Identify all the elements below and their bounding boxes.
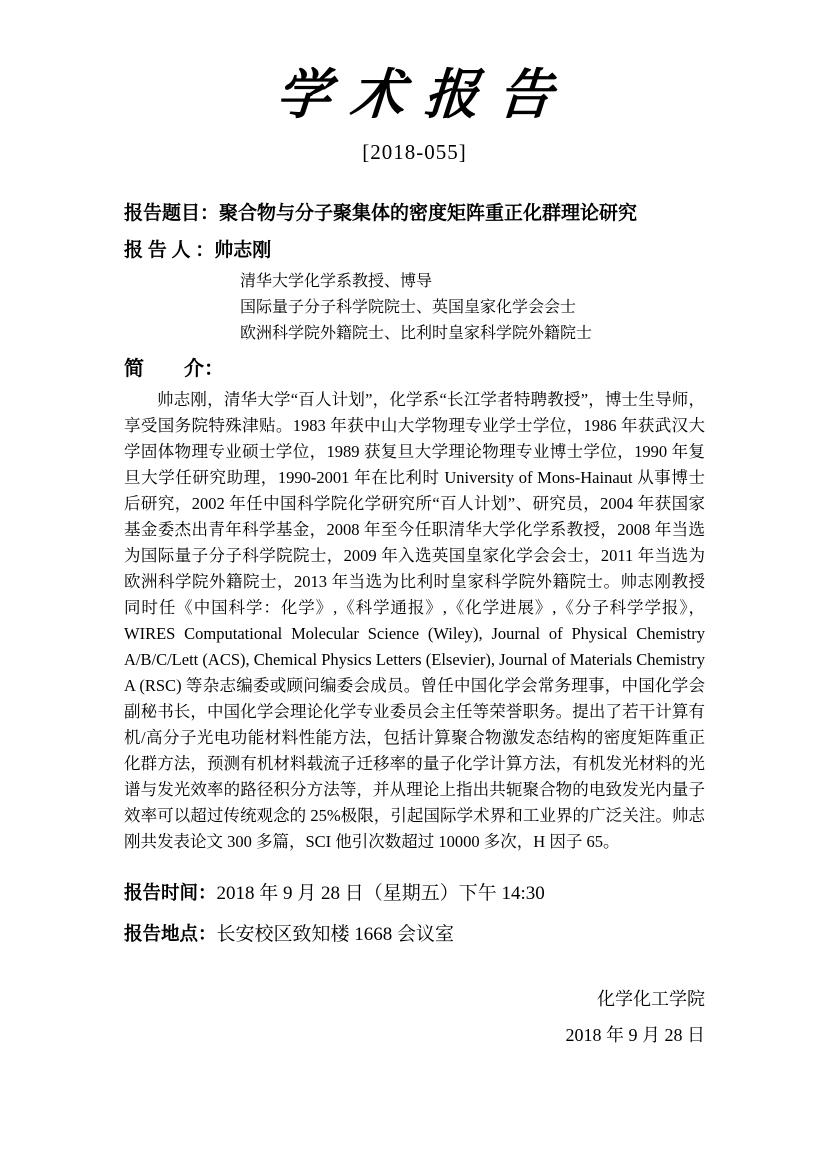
venue-value: 长安校区致知楼 1668 会议室 [217,924,455,945]
venue-row: 报告地点：长安校区致知楼 1668 会议室 [124,914,705,955]
page-title: 学术报告 [122,62,708,130]
organizer-name: 化学化工学院 [124,981,705,1017]
speaker-credentials: 清华大学化学系教授、博导 国际量子分子科学院院士、英国皇家化学会会士 欧洲科学院… [240,269,705,347]
signature-date: 2018 年 9 月 28 日 [124,1017,705,1053]
speaker-name: 帅志刚 [214,240,271,261]
doc-number: [2018-055] [124,140,705,165]
speaker-label: 报 告 人 ： [124,240,214,261]
credential-line: 国际量子分子科学院院士、英国皇家化学会会士 [240,295,705,321]
topic-row: 报告题目：聚合物与分子聚集体的密度矩阵重正化群理论研究 [124,195,705,232]
bio-label: 简 介： [124,353,705,385]
topic-label: 报告题目： [124,203,219,224]
time-label: 报告时间： [124,882,217,903]
credential-line: 清华大学化学系教授、博导 [240,269,705,295]
report-info-block: 报告时间：2018 年 9 月 28 日（星期五）下午 14:30 报告地点：长… [124,873,705,955]
credential-line: 欧洲科学院外籍院士、比利时皇家科学院外籍院士 [240,321,705,347]
topic-text: 聚合物与分子聚集体的密度矩阵重正化群理论研究 [219,203,637,224]
time-row: 报告时间：2018 年 9 月 28 日（星期五）下午 14:30 [124,873,705,914]
bio-paragraph: 帅志刚，清华大学“百人计划”，化学系“长江学者特聘教授”，博士生导师，享受国务院… [124,387,705,855]
venue-label: 报告地点： [124,923,217,944]
time-value: 2018 年 9 月 28 日（星期五）下午 14:30 [217,883,545,904]
signature-block: 化学化工学院 2018 年 9 月 28 日 [124,981,705,1053]
report-header-block: 报告题目：聚合物与分子聚集体的密度矩阵重正化群理论研究 报 告 人 ：帅志刚 清… [124,195,705,347]
document-page: 学术报告 [2018-055] 报告题目：聚合物与分子聚集体的密度矩阵重正化群理… [0,0,827,1169]
speaker-row: 报 告 人 ：帅志刚 [124,232,705,269]
